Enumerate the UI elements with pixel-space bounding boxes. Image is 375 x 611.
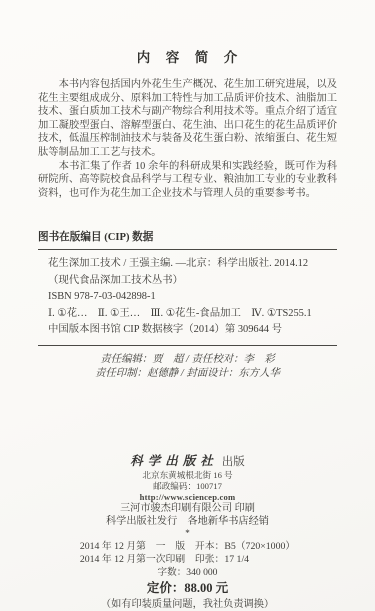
intro-paragraph-2: 本书汇集了作者 10 余年的科研成果和实践经验，既可作为科研院所、高等院校食品科… — [38, 160, 337, 201]
price-line: 定价：88.00 元 — [38, 581, 337, 595]
publisher-address: 北京东黄城根北街 16 号 — [38, 470, 337, 481]
staff-printing-design-line: 责任印制：赵德静 / 封面设计：东方人华 — [38, 367, 337, 381]
cip-classification-line: Ⅰ. ①花… Ⅱ. ①王… Ⅲ. ①花生-食品加工 Ⅳ. ①TS255.1 — [48, 306, 337, 322]
printer-line: 三河市骏杰印刷有限公司 印刷 — [38, 503, 337, 516]
wordcount-line: 字数：340 000 — [38, 567, 337, 579]
cip-body: 花生深加工技术 / 王强主编. —北京：科学出版社. 2014.12 （现代食品… — [38, 250, 337, 345]
cip-block: 图书在版编目 (CIP) 数据 花生深加工技术 / 王强主编. —北京：科学出版… — [38, 229, 337, 346]
cip-record-line: 中国版本图书馆 CIP 数据核字（2014）第 309644 号 — [48, 322, 337, 338]
publisher-url: http://www.sciencep.com — [38, 492, 337, 503]
distribution-line: 科学出版社发行 各地新华书店经销 — [38, 516, 337, 529]
staff-credits: 责任编辑：贾 超 / 责任校对：李 彩 责任印制：赵德静 / 封面设计：东方人华 — [38, 353, 337, 380]
publisher-postcode: 邮政编码：100717 — [38, 481, 337, 492]
intro-paragraph-1: 本书内容包括国内外花生生产概况、花生加工研究进展，以及花生主要组成成分、原料加工… — [38, 78, 337, 160]
cip-isbn-line: ISBN 978-7-03-042898-1 — [48, 289, 337, 305]
book-copyright-page: 内 容 简 介 本书内容包括国内外花生生产概况、花生加工研究进展，以及花生主要组… — [0, 0, 375, 611]
edition-block: 2014 年 12 月第 一 版 开本：B5（720×1000） 2014 年 … — [38, 539, 337, 567]
quality-notice: （如有印装质量问题，我社负责调换） — [38, 598, 337, 611]
publisher-line: 科学出版社 出版 — [38, 453, 337, 470]
intro-title: 内 容 简 介 — [38, 46, 337, 66]
staff-editor-proofreader-line: 责任编辑：贾 超 / 责任校对：李 彩 — [38, 353, 337, 367]
cip-header: 图书在版编目 (CIP) 数据 — [38, 229, 337, 244]
publisher-name: 科学出版社 — [130, 454, 218, 468]
edition-lines: 2014 年 12 月第 一 版 开本：B5（720×1000） 2014 年 … — [80, 540, 295, 566]
cip-divider-bottom — [38, 345, 337, 346]
star-separator: * — [38, 528, 337, 539]
cip-title-line: 花生深加工技术 / 王强主编. —北京：科学出版社. 2014.12 — [48, 256, 337, 272]
cip-series-line: （现代食品深加工技术丛书） — [48, 273, 337, 289]
publisher-suffix: 出版 — [222, 456, 245, 468]
colophon: 科学出版社 出版 北京东黄城根北街 16 号 邮政编码：100717 http:… — [38, 453, 337, 611]
impression-line: 2014 年 12 月第一次印刷 印张：17 1/4 — [80, 553, 295, 566]
content-summary-section: 内 容 简 介 本书内容包括国内外花生生产概况、花生加工研究进展，以及花生主要组… — [38, 46, 337, 200]
edition-line: 2014 年 12 月第 一 版 开本：B5（720×1000） — [80, 540, 295, 553]
